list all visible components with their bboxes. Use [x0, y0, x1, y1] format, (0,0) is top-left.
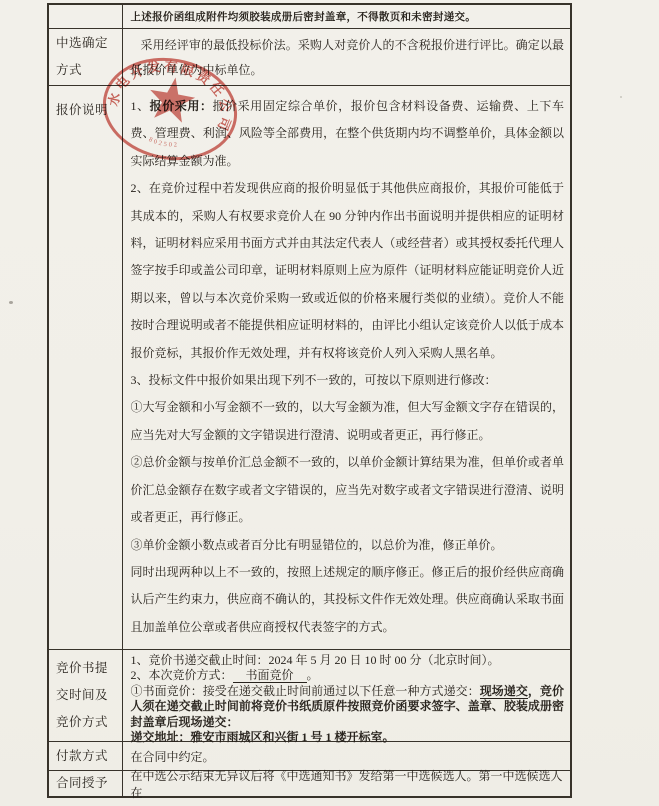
award-label: 合同授予	[56, 770, 120, 797]
row-content: 1、竞价书递交截止时间：2024 年 5 月 20 日 10 时 00 分（北京…	[123, 650, 571, 741]
selection-method-text: 采用经评审的最低投标价法。采购人对竞价人的不含税报价进行评比。确定以最低报价单位…	[131, 29, 565, 83]
row-label: 报价说明	[49, 86, 123, 649]
submission-method-value: 书面竞价	[233, 668, 307, 683]
table-row-pricing-notes: 报价说明 1、报价采用：报价采用固定综合单价，报价包含材料设备费、运输费、上下车…	[49, 85, 570, 649]
row-content: 在中选公示结束无异议后将《中选通知书》发给第一中选候选人。第一中选候选人在	[123, 771, 571, 796]
row-content-sealing-note: 上述报价函组成附件均须胶装成册后密封盖章，不得散页和未密封递交。	[123, 5, 571, 28]
pricing-paragraph-7: 同时出现两种以上不一致的，按照上述规定的顺序修正。修正后的报价经供应商确认后产生…	[131, 559, 565, 641]
submission-written-intro: ①书面竞价：接受在递交截止时间前通过以下任意一种方式递交：	[131, 684, 480, 698]
submission-deadline-line: 1、竞价书递交截止时间：2024 年 5 月 20 日 10 时 00 分（北京…	[131, 653, 565, 668]
pricing-paragraph-6: ③单价金额小数点或者百分比有明显错位的，以总价为准，修正单价。	[131, 532, 565, 559]
table-row-award: 合同授予 在中选公示结束无异议后将《中选通知书》发给第一中选候选人。第一中选候选…	[49, 770, 570, 796]
table-row-selection-method: 中选确定方式 采用经评审的最低投标价法。采购人对竞价人的不含税报价进行评比。确定…	[49, 28, 570, 85]
pricing-paragraph-3: 3、投标文件中报价如果出现下列不一致的，可按以下原则进行修改：	[131, 367, 565, 394]
submission-onsite-delivery: 现场递交	[480, 684, 528, 699]
table-row-sealing-note: 上述报价函组成附件均须胶装成册后密封盖章，不得散页和未密封递交。	[49, 5, 570, 28]
payment-label: 付款方式	[56, 743, 120, 770]
row-label: 中选确定方式	[49, 29, 123, 85]
bidding-info-table: 上述报价函组成附件均须胶装成册后密封盖章，不得散页和未密封递交。 中选确定方式 …	[47, 3, 572, 798]
row-label: 合同授予	[49, 771, 123, 796]
submission-written-line: ①书面竞价：接受在递交截止时间前通过以下任意一种方式递交：现场递交，竞价人须在递…	[131, 684, 565, 730]
pricing-paragraph-4: ①大写金额和小写金额不一致的，以大写金额为准，但大写金额文字存在错误的，应当先对…	[131, 394, 565, 449]
pricing-paragraph-1: 1、报价采用：报价采用固定综合单价，报价包含材料设备费、运输费、上下车费、管理费…	[131, 93, 565, 175]
table-row-submission: 竞价书提交时间及竞价方式 1、竞价书递交截止时间：2024 年 5 月 20 日…	[49, 649, 570, 741]
selection-method-label: 中选确定方式	[56, 30, 120, 84]
submission-method-suffix: 。	[307, 668, 319, 682]
row-content: 1、报价采用：报价采用固定综合单价，报价包含材料设备费、运输费、上下车费、管理费…	[123, 86, 571, 649]
pricing-notes-label: 报价说明	[56, 97, 120, 649]
submission-method-line: 2、本次竞价方式：书面竞价。	[131, 668, 565, 683]
row-label: 竞价书提交时间及竞价方式	[49, 650, 123, 741]
pricing-p1-heading: 报价采用：	[150, 99, 213, 113]
scan-speck	[9, 301, 13, 304]
award-text: 在中选公示结束无异议后将《中选通知书》发给第一中选候选人。第一中选候选人在	[131, 767, 565, 801]
row-label: 付款方式	[49, 742, 123, 770]
pricing-p1-number: 1、	[131, 99, 150, 113]
submission-label: 竞价书提交时间及竞价方式	[56, 655, 120, 736]
submission-method-prefix: 2、本次竞价方式：	[131, 668, 233, 682]
sealing-note-text: 上述报价函组成附件均须胶装成册后密封盖章，不得散页和未密封递交。	[131, 9, 477, 24]
row-content: 采用经评审的最低投标价法。采购人对竞价人的不含税报价进行评比。确定以最低报价单位…	[123, 29, 571, 85]
payment-text: 在合同中约定。	[131, 748, 215, 765]
pricing-paragraph-2: 2、在竞价过程中若发现供应商的报价明显低于其他供应商报价，其报价可能低于其成本的…	[131, 175, 565, 367]
scan-speck	[620, 96, 622, 98]
pricing-paragraph-5: ②总价金额与按单价汇总金额不一致的，以单价金额计算结果为准，但单价或者单价汇总金…	[131, 449, 565, 531]
scanned-document-page: 上述报价函组成附件均须胶装成册后密封盖章，不得散页和未密封递交。 中选确定方式 …	[0, 0, 659, 806]
row-label-empty	[49, 5, 123, 28]
